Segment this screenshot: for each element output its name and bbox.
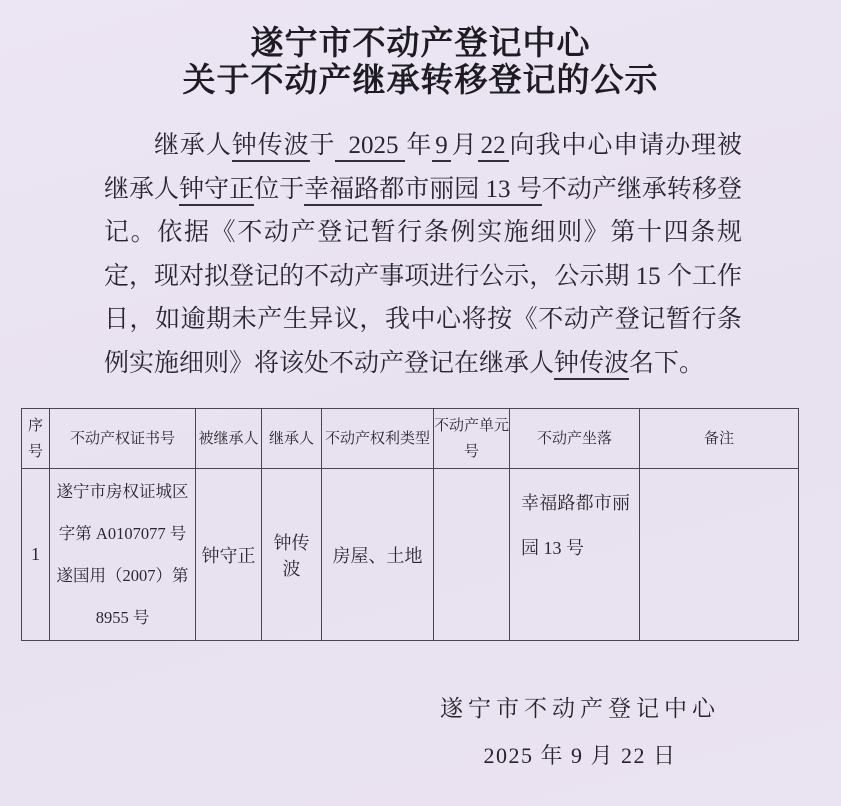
notice-paragraph: 继承人钟传波于2025年9月22向我中心申请办理被继承人钟守正位于幸福路都市丽园…	[104, 124, 742, 385]
text-segment: 月	[451, 132, 478, 159]
document-page: 遂宁市不动产登记中心 关于不动产继承转移登记的公示 继承人钟传波于2025年9月…	[0, 0, 841, 806]
decedent-name-underlined: 钟守正	[179, 176, 254, 206]
heir-name-underlined: 钟传波	[554, 350, 629, 380]
text-segment: 继承人	[154, 132, 232, 159]
cell-cert-no: 遂宁市房权证城区字第 A0107077 号遂国用（2007）第 8955 号	[50, 469, 196, 641]
header-cell-right-type: 不动产权利类型	[322, 409, 434, 469]
month-underlined: 9	[432, 132, 451, 162]
day-underlined: 22	[478, 132, 509, 162]
header-cell-decedent: 被继承人	[196, 409, 262, 469]
signature-block: 遂宁市不动产登记中心 2025 年 9 月 22 日	[380, 690, 780, 770]
title-line-1: 遂宁市不动产登记中心	[0, 24, 841, 61]
signing-date: 2025 年 9 月 22 日	[380, 739, 780, 770]
registry-table: 序号 不动产权证书号 被继承人 继承人 不动产权利类型 不动产单元号 不动产坐落…	[21, 408, 799, 641]
title-line-2: 关于不动产继承转移登记的公示	[0, 61, 841, 98]
signing-organization: 遂宁市不动产登记中心	[380, 690, 780, 723]
table-row: 1 遂宁市房权证城区字第 A0107077 号遂国用（2007）第 8955 号…	[22, 469, 799, 641]
cell-decedent: 钟守正	[196, 469, 262, 641]
header-cell-remark: 备注	[640, 409, 799, 469]
text-segment: 位于	[254, 176, 304, 203]
table-header-row: 序号 不动产权证书号 被继承人 继承人 不动产权利类型 不动产单元号 不动产坐落…	[22, 409, 799, 469]
text-segment: 年	[405, 132, 432, 159]
cell-right-type: 房屋、土地	[322, 469, 434, 641]
year-underlined: 2025	[335, 132, 405, 162]
cell-heir: 钟传波	[262, 469, 322, 641]
header-cell-unit-no: 不动产单元号	[434, 409, 510, 469]
header-cell-seq: 序号	[22, 409, 50, 469]
header-cell-cert-no: 不动产权证书号	[50, 409, 196, 469]
cell-unit-no	[434, 469, 510, 641]
notice-title: 遂宁市不动产登记中心 关于不动产继承转移登记的公示	[0, 24, 841, 98]
text-segment: 于	[310, 132, 336, 159]
heir-name-underlined: 钟传波	[232, 132, 310, 162]
header-cell-heir: 继承人	[262, 409, 322, 469]
header-cell-location: 不动产坐落	[510, 409, 640, 469]
cell-location: 幸福路都市丽园 13 号	[510, 469, 640, 641]
cell-seq: 1	[22, 469, 50, 641]
cell-remark	[640, 469, 799, 641]
property-address-underlined: 幸福路都市丽园 13 号	[304, 176, 542, 206]
text-segment: 名下。	[629, 350, 704, 377]
